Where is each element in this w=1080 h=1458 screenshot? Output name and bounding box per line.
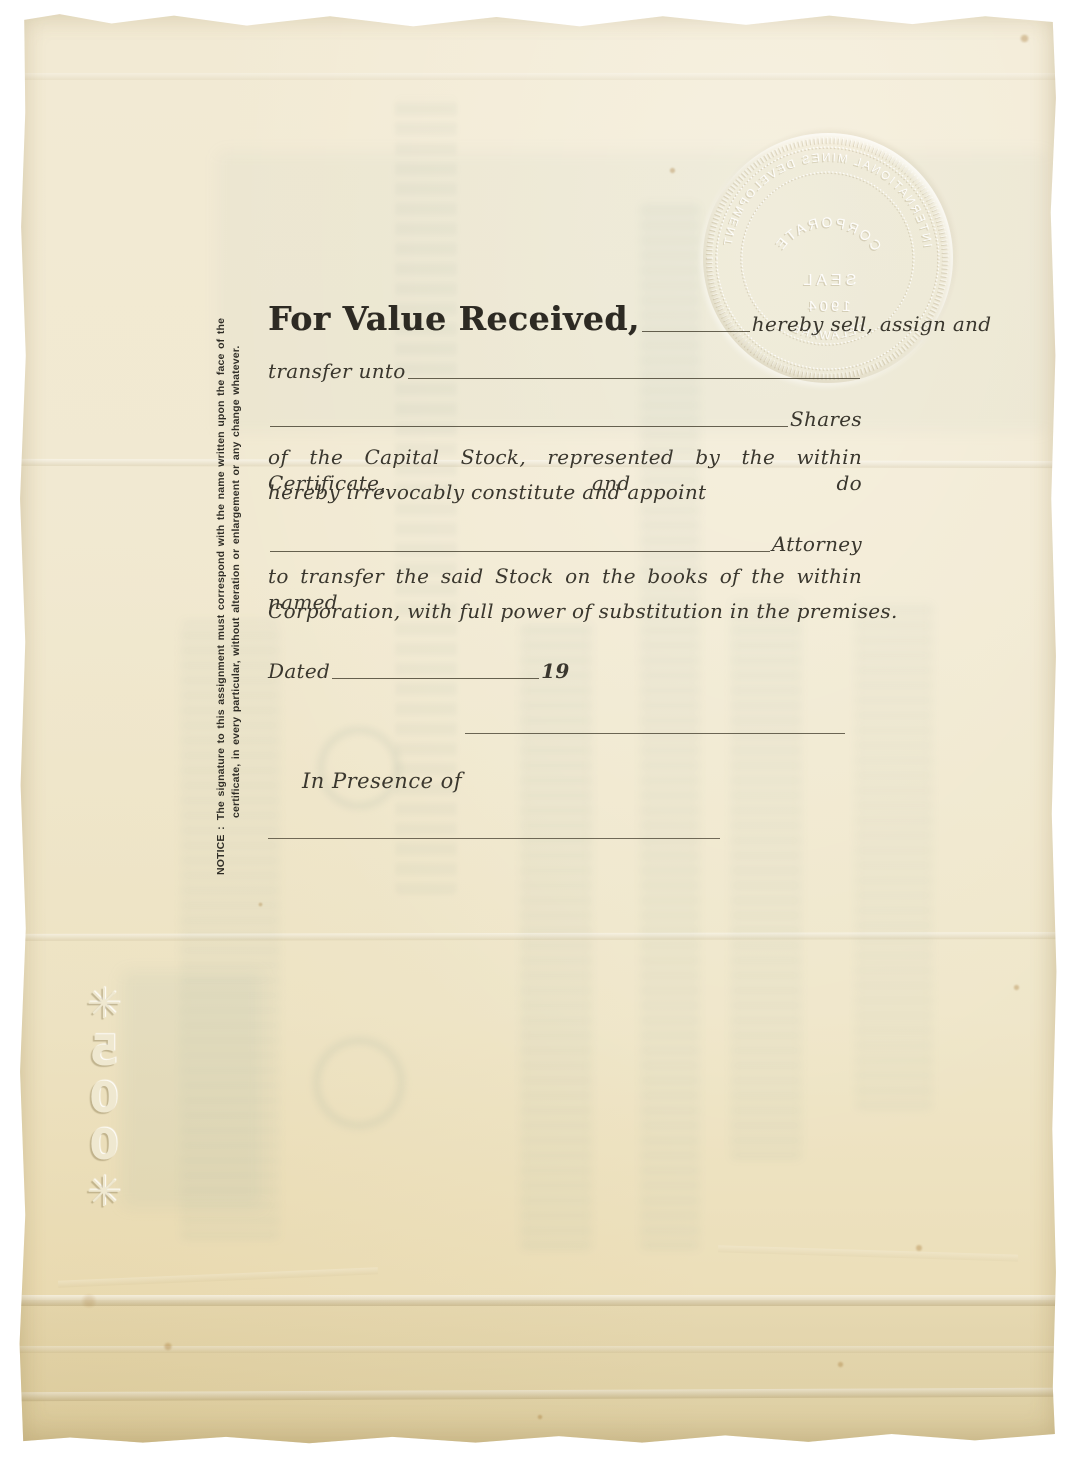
showthrough-medallion [310, 1034, 408, 1132]
blank-line-assignor [642, 329, 750, 332]
seal-emboss-relief [703, 133, 953, 383]
shares-label: Shares [790, 406, 862, 432]
assignment-row-transfer: transfer unto [268, 358, 862, 384]
sell-assign-clause: hereby sell, assign and [752, 311, 992, 337]
attorney-label: Attorney [772, 531, 862, 557]
stamp-char-0: 0 [62, 1074, 146, 1121]
heading-for-value-received: For Value Received, [268, 301, 640, 337]
blank-line-share-count [270, 424, 788, 427]
transfer-unto-label: transfer unto [268, 358, 406, 384]
substitution-line: Corporation, with full power of substitu… [268, 598, 898, 624]
assignment-row-substitution: Corporation, with full power of substitu… [268, 598, 862, 624]
showthrough-column [730, 600, 802, 1160]
notice-line-2: certificate, in every particular, withou… [229, 283, 244, 875]
foxing-spot [258, 902, 263, 907]
wrinkle [58, 1267, 378, 1287]
showthrough-medallion [315, 724, 403, 812]
paper-sheet: INTERNATIONAL MINES DEVELOPMENT DELAWARE… [18, 12, 1058, 1444]
blank-line-transferee [408, 376, 860, 379]
witness-line [268, 838, 720, 839]
blank-line-date [332, 676, 539, 679]
wrinkle [718, 1245, 1018, 1261]
assignment-row-appoint: hereby irrevocably constitute and appoin… [268, 479, 862, 505]
appoint-line: hereby irrevocably constitute and appoin… [268, 479, 706, 505]
foxing-spot [80, 1294, 98, 1308]
stamp-char-asterisk: ✳ [62, 1168, 146, 1215]
signature-line [465, 733, 845, 734]
assignment-row-shares: Shares [268, 406, 862, 432]
foxing-spot [915, 1244, 923, 1252]
punched-share-stamp: ✳ 5 0 0 ✳ [62, 980, 146, 1215]
foxing-spot [742, 15, 748, 21]
dated-label: Dated [268, 658, 330, 684]
stamp-char-5: 5 [62, 1027, 146, 1074]
foxing-spot [669, 167, 676, 174]
blank-line-attorney-name [270, 549, 770, 552]
foxing-spot [1019, 34, 1030, 43]
notice-line-1: The signature to this assignment must co… [215, 318, 227, 820]
stamp-char-0: 0 [62, 1121, 146, 1168]
fold-crease [18, 932, 1058, 941]
showthrough-column [520, 620, 592, 1250]
fold-crease [18, 73, 1058, 80]
foxing-spot [837, 1361, 844, 1368]
assignment-row-heading: For Value Received, hereby sell, assign … [268, 301, 862, 337]
fold-crease [18, 1346, 1058, 1353]
notice-sidebar: NOTICE :The signature to this assignment… [208, 283, 250, 875]
embossed-corporate-seal: INTERNATIONAL MINES DEVELOPMENT DELAWARE… [703, 133, 953, 383]
bottom-fold-shading [18, 1300, 1058, 1444]
fold-crease [18, 1388, 1058, 1402]
foxing-spot [163, 1342, 173, 1351]
stamp-char-asterisk: ✳ [62, 980, 146, 1027]
notice-text: NOTICE :The signature to this assignment… [214, 283, 244, 875]
assignment-row-dated: Dated 19 [268, 658, 598, 684]
in-presence-of-label: In Presence of [302, 769, 462, 793]
year-prefix: 19 [541, 658, 569, 684]
showthrough-column [855, 600, 933, 1110]
foxing-spot [1013, 984, 1020, 991]
notice-label: NOTICE : [215, 820, 227, 875]
fold-crease [18, 1295, 1058, 1306]
assignment-row-attorney: Attorney [268, 531, 862, 557]
scanned-certificate-back: INTERNATIONAL MINES DEVELOPMENT DELAWARE… [0, 0, 1080, 1458]
foxing-spot [537, 1414, 543, 1420]
